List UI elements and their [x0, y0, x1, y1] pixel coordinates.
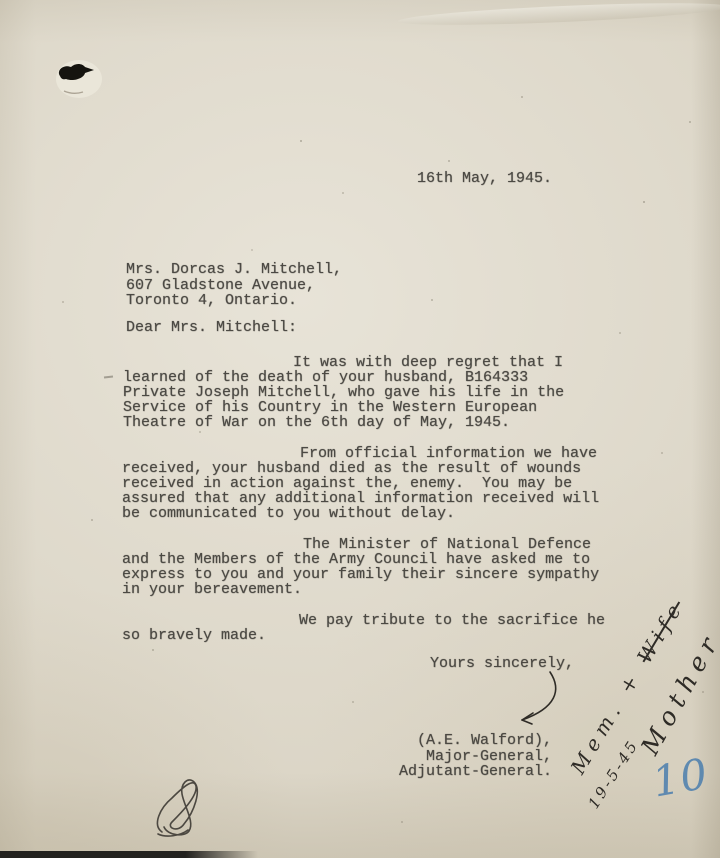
scan-edge-artifact: [0, 851, 258, 858]
signature-block: (A.E. Walford), Major-General, Adjutant-…: [399, 733, 552, 780]
initials-scribble: [150, 770, 216, 842]
recipient-address: Mrs. Dorcas J. Mitchell, 607 Gladstone A…: [126, 262, 342, 309]
salutation: Dear Mrs. Mitchell:: [126, 320, 297, 335]
body-paragraph-3: The Minister of National Defence and the…: [122, 537, 599, 597]
body-paragraph-1: It was with deep regret that I learned o…: [123, 355, 564, 430]
paper-specks: [0, 0, 2, 2]
hand-drawn-arrow: [498, 666, 570, 730]
body-paragraph-4: We pay tribute to the sacrifice he so br…: [122, 613, 605, 643]
handwritten-note-prefix: Mem. +: [566, 655, 653, 778]
body-paragraph-2: From official information we have receiv…: [122, 446, 599, 521]
letter-date: 16th May, 1945.: [417, 171, 552, 186]
handwritten-note-crossed-word: Wife: [632, 595, 689, 667]
page-number-blue-pencil: 10: [649, 749, 712, 807]
scanned-letter-page: 16th May, 1945. Mrs. Dorcas J. Mitchell,…: [0, 0, 720, 858]
margin-pencil-dash: [104, 376, 113, 379]
paper-hole: [54, 58, 104, 106]
paper-crease: [398, 0, 720, 29]
